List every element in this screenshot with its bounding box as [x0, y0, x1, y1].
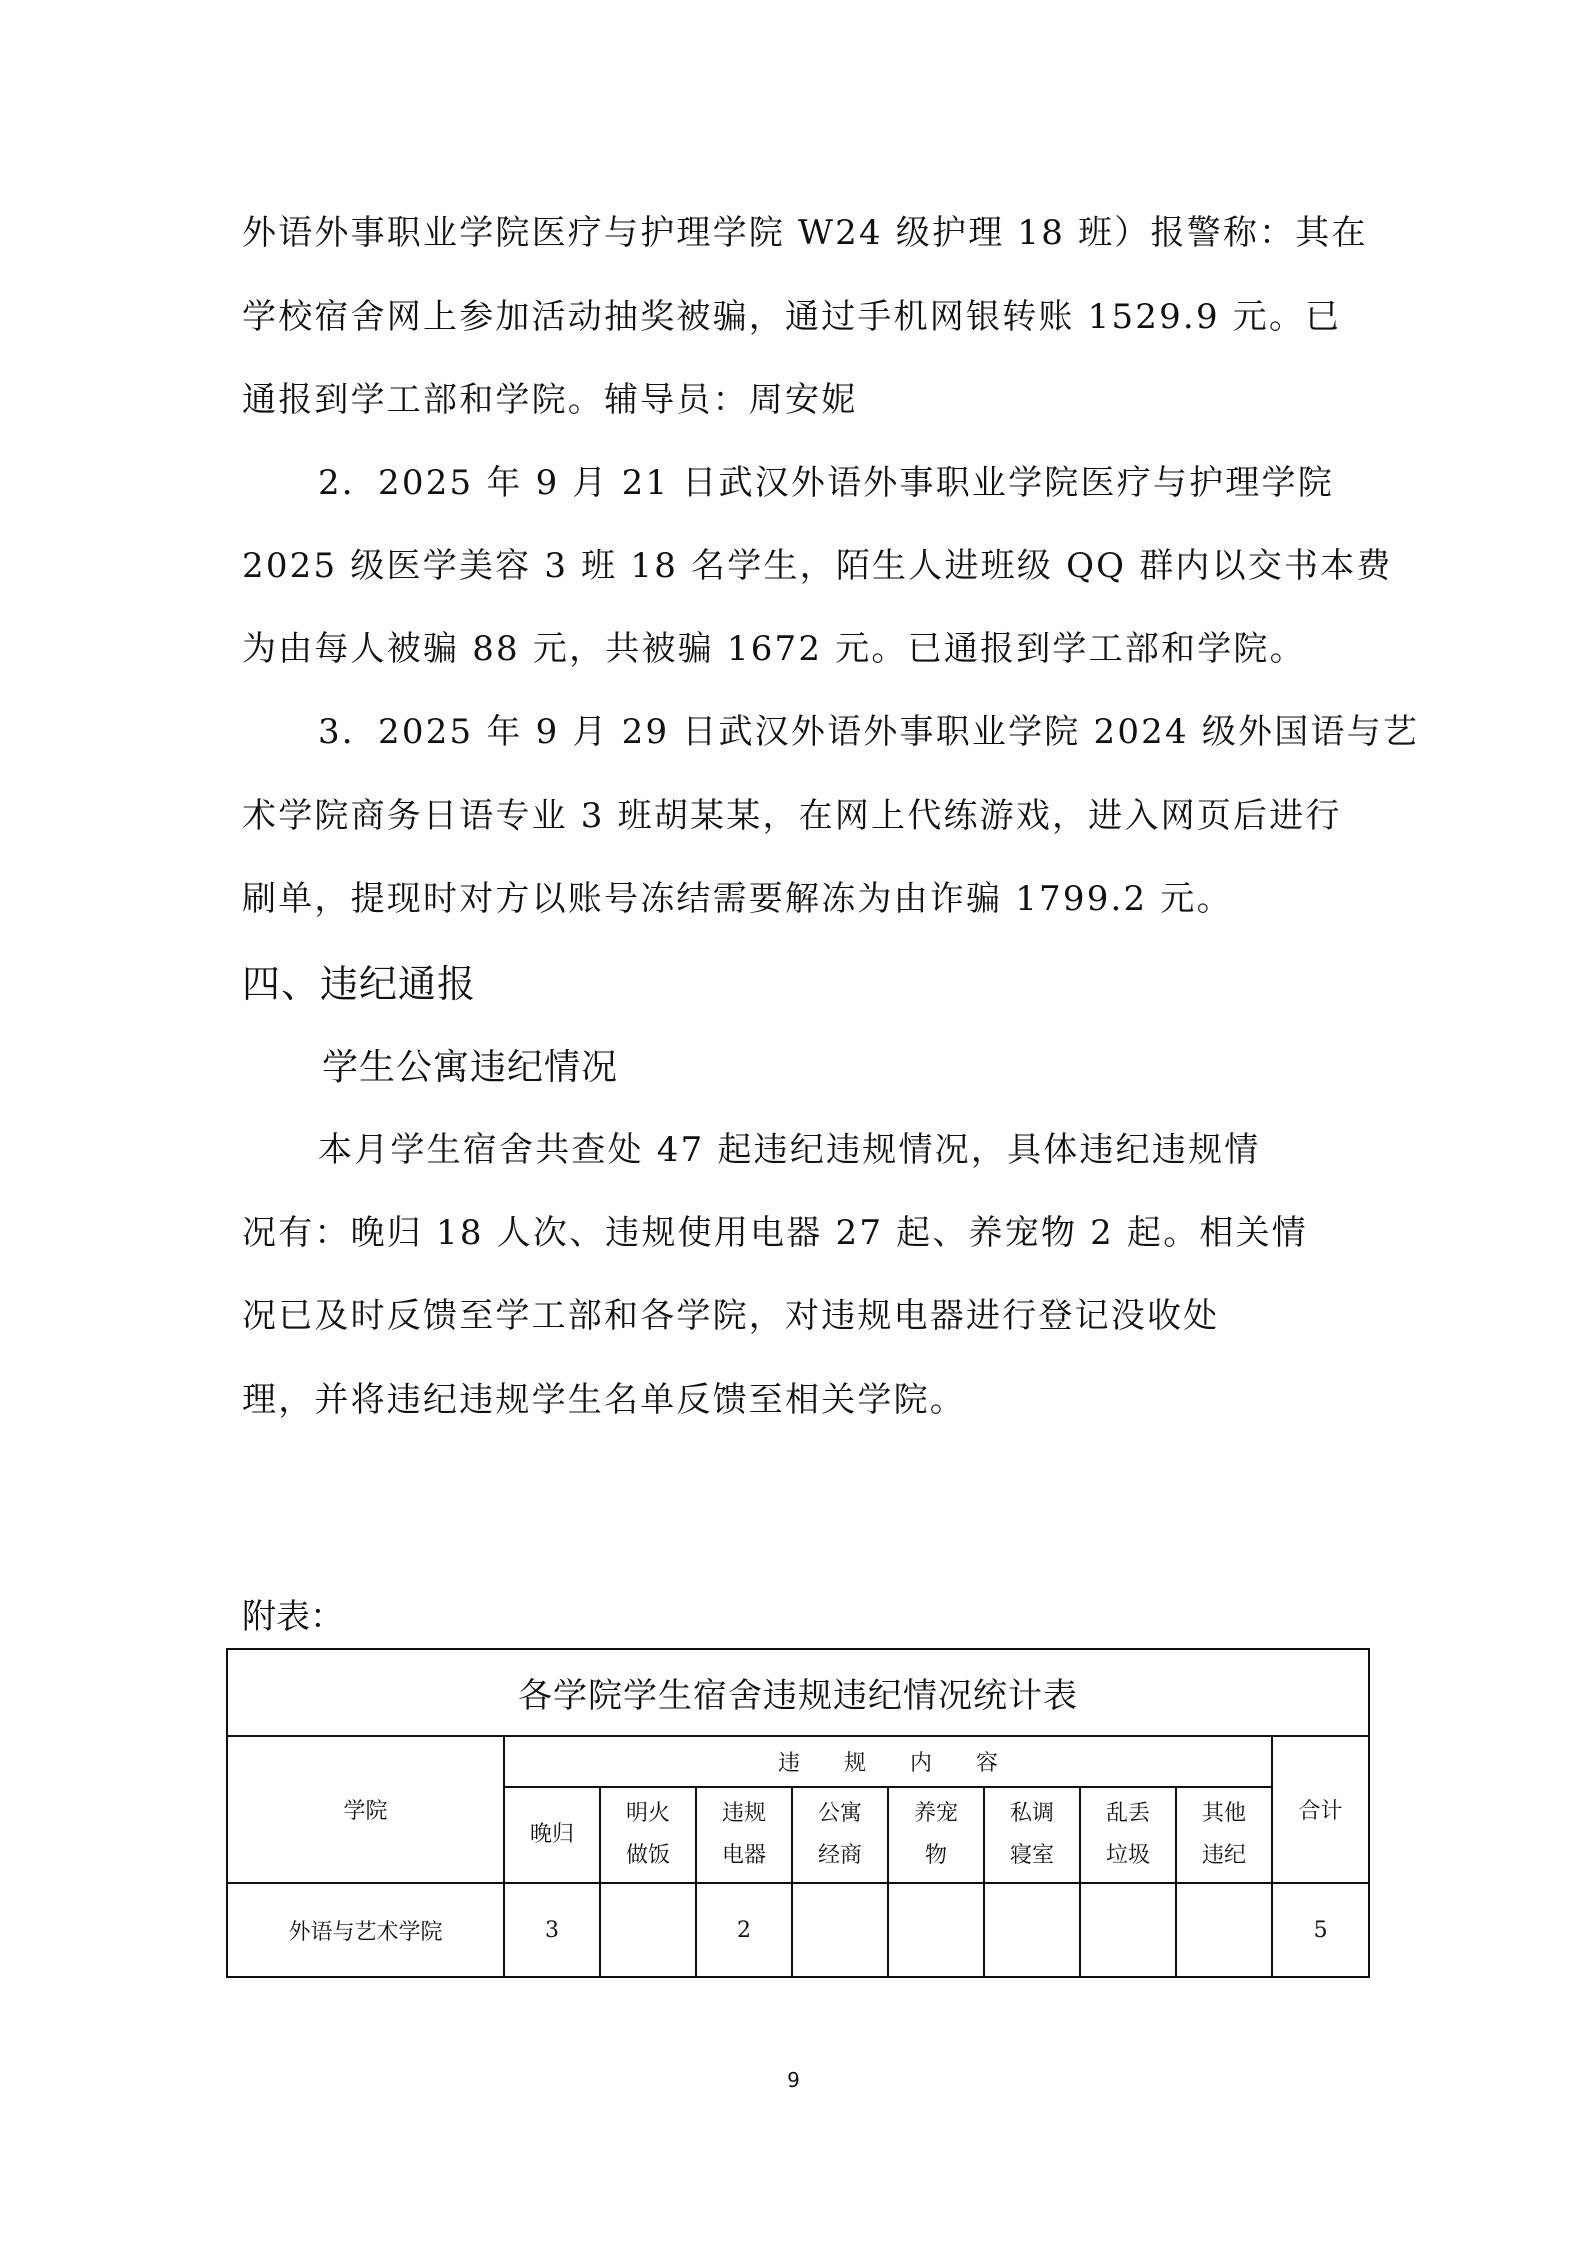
- violation-content-group-header: 违规内容: [504, 1736, 1272, 1787]
- paragraph-1-line-2: 学校宿舍网上参加活动抽奖被骗，通过手机网银转账 1529.9 元。已: [242, 297, 1341, 337]
- paragraph-2-line-1: 2．2025 年 9 月 21 日武汉外语外事职业学院医疗与护理学院: [318, 463, 1334, 503]
- column-header-line: 做饭: [601, 1835, 695, 1877]
- table-row: 外语与艺术学院 3 2 5: [227, 1883, 1369, 1977]
- paragraph-4-line-4: 理，并将违纪违规学生名单反馈至相关学院。: [242, 1380, 966, 1420]
- column-header-line: 物: [889, 1835, 983, 1877]
- paragraph-4-line-3: 况已及时反馈至学工部和各学院，对违规电器进行登记没收处: [242, 1296, 1219, 1336]
- column-header-line: 养宠: [889, 1793, 983, 1835]
- column-header-line: 寝室: [985, 1835, 1079, 1877]
- paragraph-4-line-2: 况有：晚归 18 人次、违规使用电器 27 起、养宠物 2 起。相关情: [242, 1213, 1308, 1253]
- paragraph-3-line-1: 3．2025 年 9 月 29 日武汉外语外事职业学院 2024 级外国语与艺: [318, 712, 1419, 752]
- paragraph-1-line-1: 外语外事职业学院医疗与护理学院 W24 级护理 18 班）报警称：其在: [242, 213, 1368, 253]
- group-header-char: 内: [910, 1746, 932, 1777]
- column-header-line: 经商: [793, 1835, 887, 1877]
- column-header-line: 私调: [985, 1793, 1079, 1835]
- column-header-line: 明火: [601, 1793, 695, 1835]
- group-header-char: 规: [844, 1746, 866, 1777]
- violation-statistics-table: 各学院学生宿舍违规违纪情况统计表 学院 违规内容 合计 晚归 明火做饭 违规电器…: [226, 1648, 1370, 1978]
- paragraph-3-line-3: 刷单，提现时对方以账号冻结需要解冻为由诈骗 1799.2 元。: [242, 879, 1233, 919]
- value-cell: [600, 1883, 696, 1977]
- page-number: 9: [0, 2068, 1587, 2092]
- column-header-late-return: 晚归: [504, 1787, 600, 1883]
- column-header-room-swap: 私调寝室: [984, 1787, 1080, 1883]
- column-header-line: 违规: [697, 1793, 791, 1835]
- column-header-other-violations: 其他违纪: [1176, 1787, 1272, 1883]
- column-header-line: 电器: [697, 1835, 791, 1877]
- column-header-line: 公寓: [793, 1793, 887, 1835]
- value-cell: [792, 1883, 888, 1977]
- group-header-char: 违: [778, 1746, 800, 1777]
- column-header-open-fire-cooking: 明火做饭: [600, 1787, 696, 1883]
- column-header-pets: 养宠物: [888, 1787, 984, 1883]
- paragraph-4-line-1: 本月学生宿舍共查处 47 起违纪违规情况，具体违纪违规情: [318, 1130, 1260, 1170]
- appendix-label: 附表：: [242, 1595, 344, 1639]
- paragraph-2-line-3: 为由每人被骗 88 元，共被骗 1672 元。已通报到学工部和学院。: [242, 629, 1306, 669]
- value-cell: [1176, 1883, 1272, 1977]
- college-name-cell: 外语与艺术学院: [227, 1883, 504, 1977]
- section-heading: 四、违纪通报: [242, 962, 476, 1006]
- column-header-line: 晚归: [505, 1814, 599, 1856]
- value-cell: 3: [504, 1883, 600, 1977]
- table-title: 各学院学生宿舍违规违纪情况统计表: [227, 1649, 1369, 1736]
- value-cell: [1080, 1883, 1176, 1977]
- column-header-dorm-business: 公寓经商: [792, 1787, 888, 1883]
- subsection-heading: 学生公寓违纪情况: [322, 1046, 618, 1090]
- total-cell: 5: [1272, 1883, 1369, 1977]
- total-column-header: 合计: [1272, 1736, 1369, 1883]
- value-cell: 2: [696, 1883, 792, 1977]
- value-cell: [888, 1883, 984, 1977]
- value-cell: [984, 1883, 1080, 1977]
- paragraph-3-line-2: 术学院商务日语专业 3 班胡某某，在网上代练游戏，进入网页后进行: [242, 796, 1342, 836]
- paragraph-1-line-3: 通报到学工部和学院。辅导员：周安妮: [242, 380, 857, 420]
- college-column-header: 学院: [227, 1736, 504, 1883]
- column-header-illegal-appliances: 违规电器: [696, 1787, 792, 1883]
- column-header-line: 其他: [1177, 1793, 1271, 1835]
- column-header-littering: 乱丢垃圾: [1080, 1787, 1176, 1883]
- paragraph-2-line-2: 2025 级医学美容 3 班 18 名学生，陌生人进班级 QQ 群内以交书本费: [242, 546, 1393, 586]
- group-header-char: 容: [976, 1746, 998, 1777]
- column-header-line: 垃圾: [1081, 1835, 1175, 1877]
- column-header-line: 乱丢: [1081, 1793, 1175, 1835]
- column-header-line: 违纪: [1177, 1835, 1271, 1877]
